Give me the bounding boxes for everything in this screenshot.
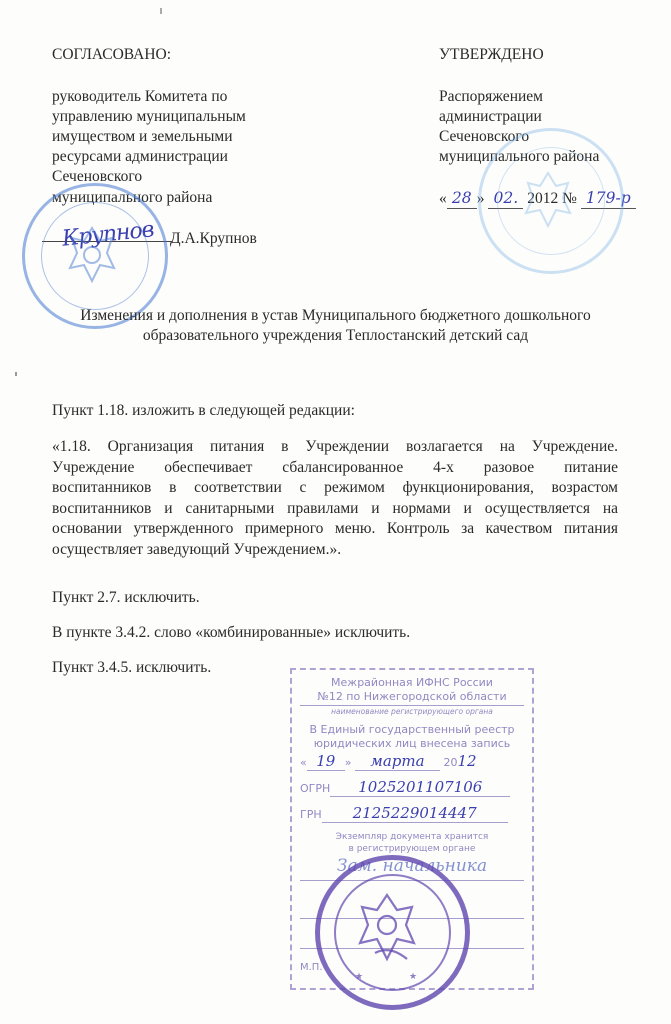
right-line: администрации (439, 107, 542, 127)
stamp-date-line: «19» марта 2012 (300, 752, 524, 771)
scan-speck (15, 372, 17, 376)
quote-line: воспитанников в соответствии с режимом ф… (52, 478, 618, 498)
eagle-emblem-icon: ★ ★ (315, 855, 460, 1000)
left-line: управлению муниципальным (52, 107, 246, 127)
svg-text:★: ★ (409, 972, 417, 982)
stamp-date-day: 19 (307, 752, 345, 771)
grn-value: 2125229014447 (322, 804, 508, 823)
document-title-line-2: образовательного учреждения Теплостански… (0, 326, 671, 346)
scan-speck (160, 8, 162, 14)
quote-line: воспитанников и санитарными правилами и … (52, 499, 618, 519)
right-line: Распоряжением (439, 87, 543, 107)
svg-text:★: ★ (355, 972, 363, 982)
quote-line: осуществляет заведующий Учреждением.». (52, 540, 618, 560)
approved-heading: СОГЛАСОВАНО: (52, 45, 171, 65)
quote-line: основании утвержденного примерного меню.… (52, 519, 618, 539)
stamp-ogrn-line: ОГРН1025201107106 (300, 778, 524, 797)
left-line: имуществом и земельными (52, 127, 233, 147)
ogrn-label: ОГРН (300, 782, 330, 795)
left-line: руководитель Комитета по (52, 87, 227, 107)
stamp-authority-line-1: Межрайонная ИФНС России (300, 676, 524, 689)
ogrn-value: 1025201107106 (330, 778, 510, 797)
left-line: ресурсами администрации (52, 147, 228, 167)
order-day: 28 (447, 188, 477, 209)
tax-office-round-seal: ★ ★ (315, 855, 470, 1010)
quote-line: «1.18. Организация питания в Учреждении … (52, 437, 618, 457)
grn-label: ГРН (300, 808, 322, 821)
stamp-authority-line-2: №12 по Нижегородской области (300, 690, 524, 703)
document-title-line-1: Изменения и дополнения в устав Муниципал… (0, 306, 671, 326)
quote-line: Учреждение обеспечивает сбалансированное… (52, 458, 618, 478)
item-3-4-5: Пункт 3.4.5. исключить. (52, 658, 211, 678)
stamp-date-year-prefix: 20 (443, 756, 457, 769)
stamp-date-year-suffix: 12 (457, 752, 476, 770)
item-2-7: Пункт 2.7. исключить. (52, 588, 200, 608)
signer-name: Д.А.Крупнов (170, 229, 257, 249)
stamp-grn-line: ГРН2125229014447 (300, 804, 524, 823)
quote-open: « (439, 190, 447, 207)
stamp-registry-line-1: В Единый государственный реестр (300, 723, 524, 736)
stamp-authority-caption: наименование регистрирующего органа (300, 707, 524, 716)
stamp-date-month: марта (355, 752, 440, 771)
stamp-registry-line-2: юридических лиц внесена запись (300, 737, 524, 750)
stamp-copy-note-1: Экземпляр документа хранится (300, 832, 524, 842)
administration-round-stamp (478, 128, 624, 274)
item-1-18-intro: Пункт 1.18. изложить в следующей редакци… (52, 401, 355, 421)
approved-by-heading: УТВЕРЖДЕНО (439, 45, 544, 65)
stamp-copy-note-2: в регистрирующем органе (300, 844, 524, 854)
eagle-emblem-icon (478, 128, 618, 268)
eagle-emblem-icon (22, 183, 162, 323)
item-3-4-2: В пункте 3.4.2. слово «комбинированные» … (52, 623, 410, 643)
